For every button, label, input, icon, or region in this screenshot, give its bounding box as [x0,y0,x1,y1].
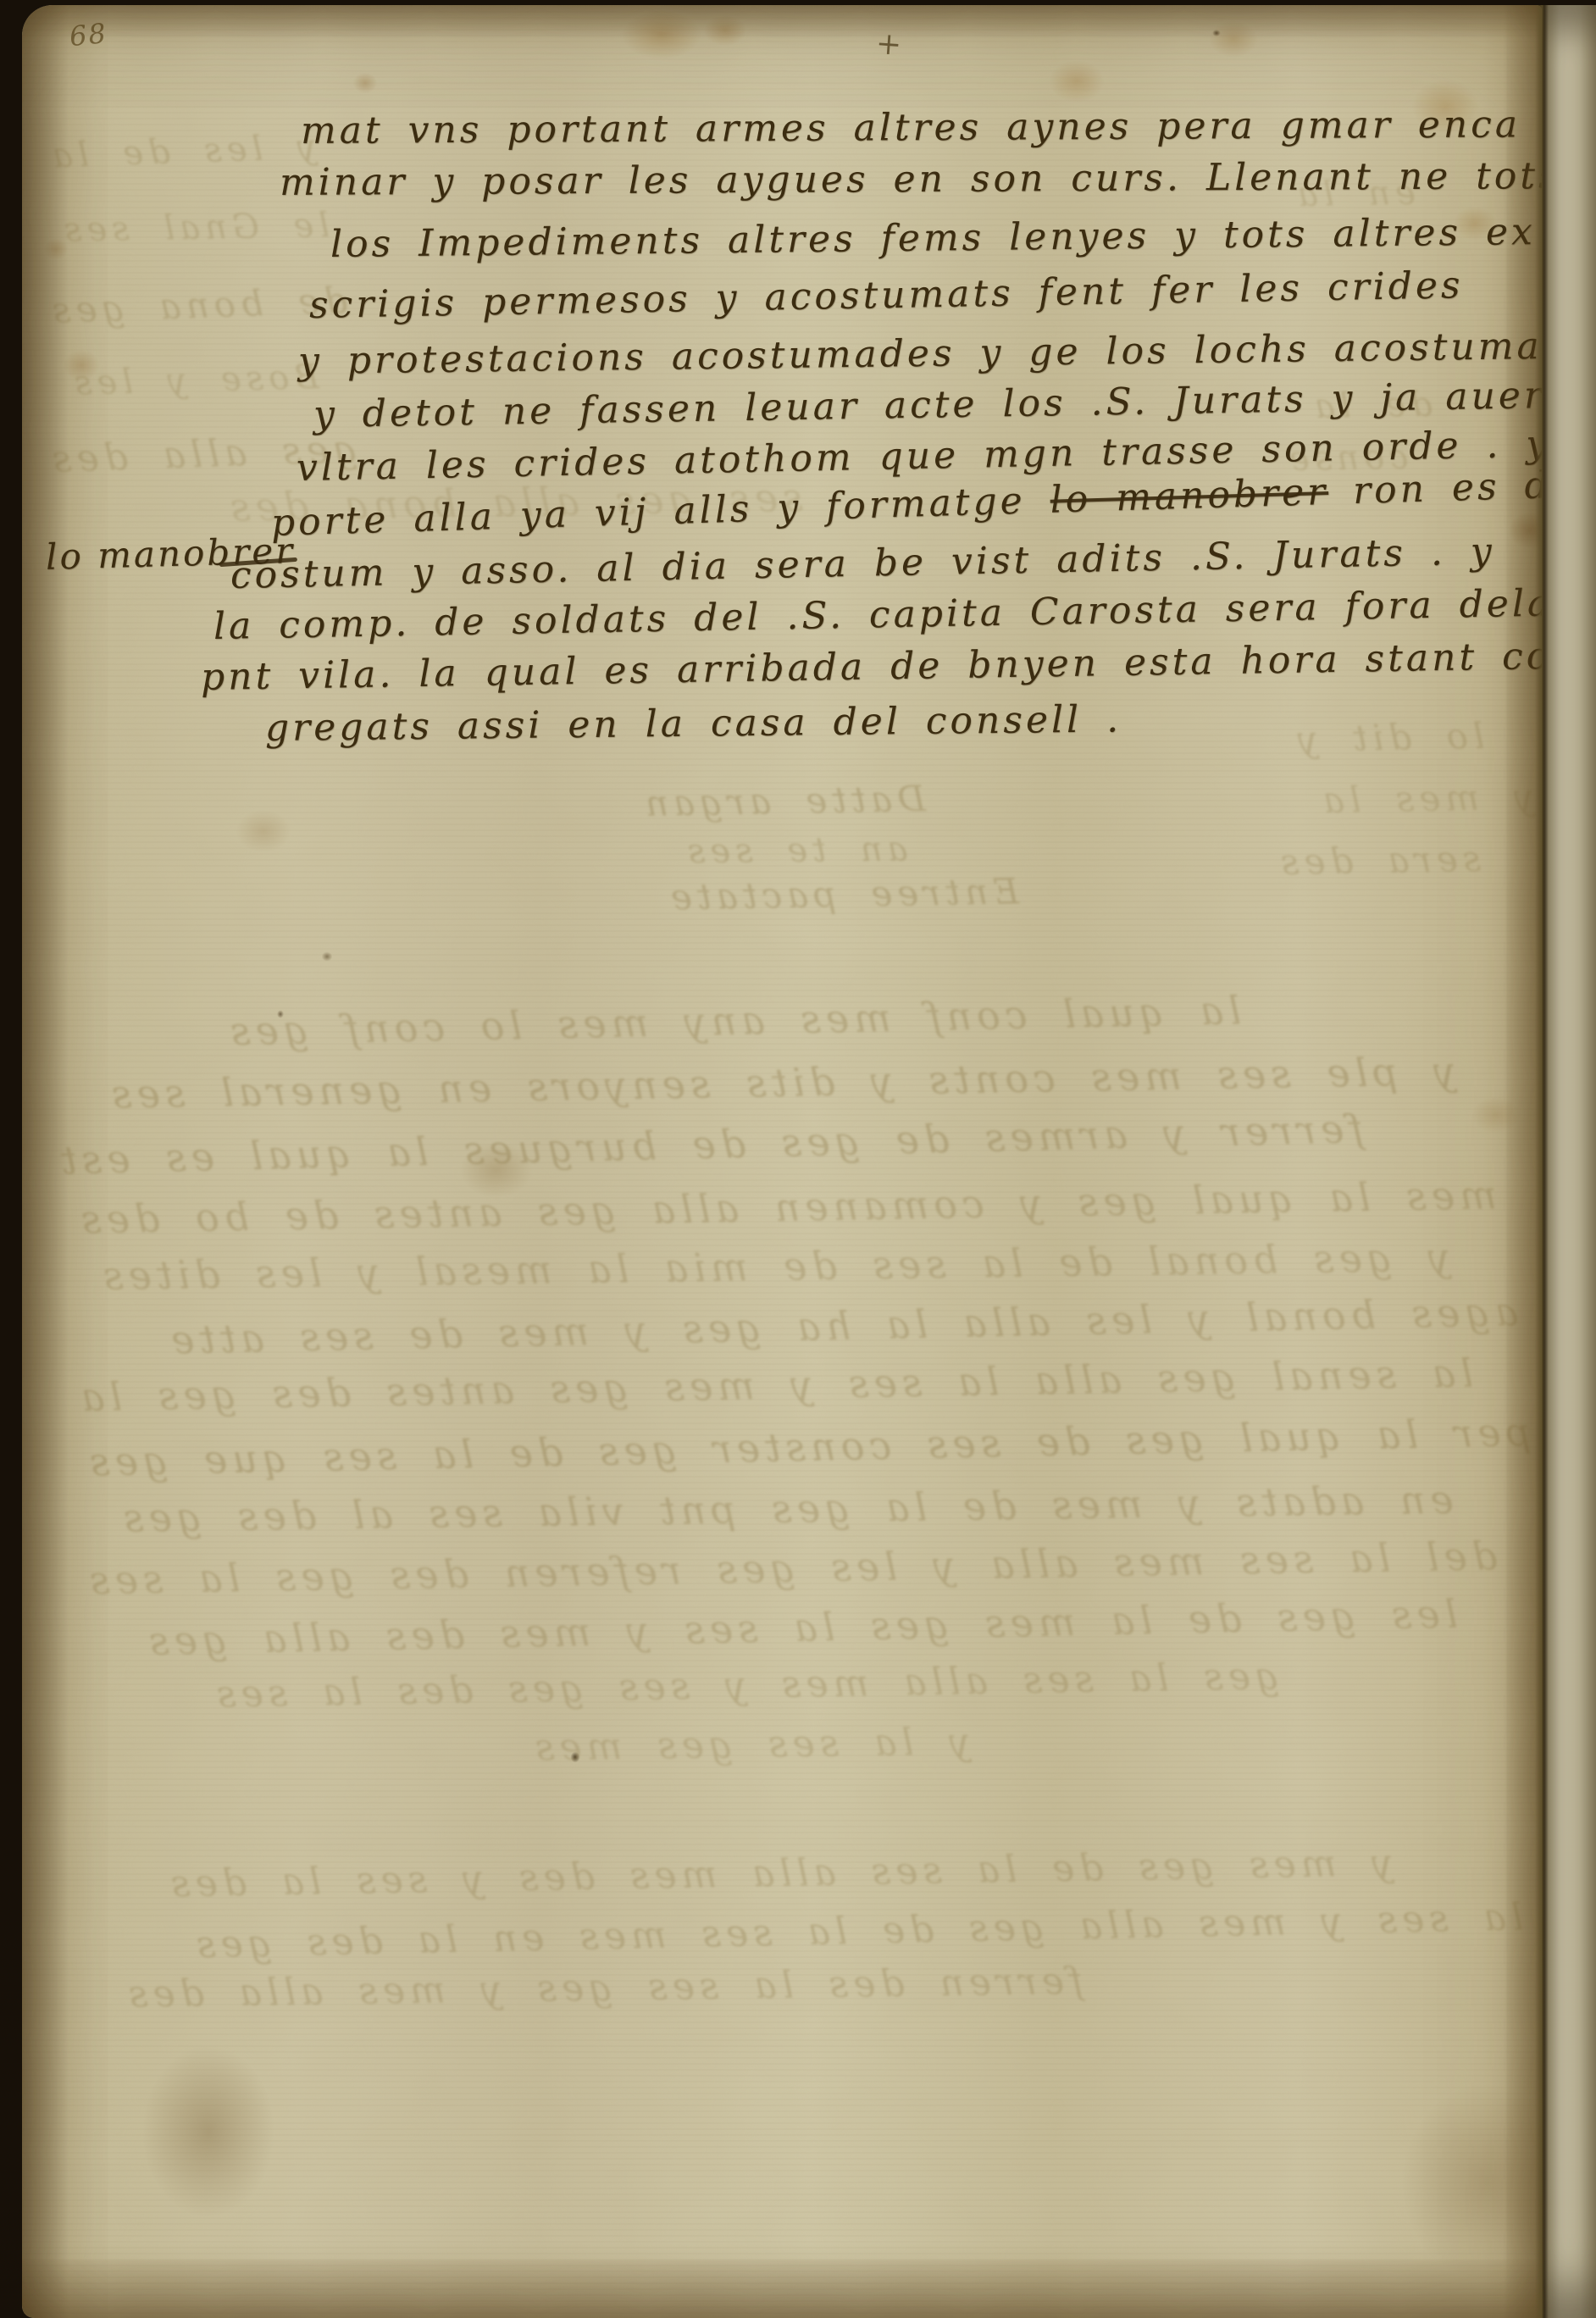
bleedthrough-text: y mes ges de la ses alla mes des y ses l… [166,1841,1394,1905]
bleedthrough-text: la ses y mes alla ges de la ses mes en l… [191,1896,1524,1967]
text-line: los Impediments altres fems lenyes y tot… [330,212,1536,265]
bleedthrough-text: sera des [1276,838,1482,883]
bleedthrough-text: Bose y les [69,358,319,403]
bleedthrough-text: del la ses mes alla y les ges referen de… [85,1533,1498,1603]
text-line: y protestacions acostumades y ge los loc… [298,325,1542,382]
bleedthrough-text: y mes la [1318,776,1535,821]
bleedthrough-text: ferrer y armes de ges de burgues la qual… [56,1106,1364,1184]
text-line: mat vns portant armes altres aynes pera … [301,104,1521,152]
bleedthrough-text: per la qual ges de ses conster ges de la… [85,1409,1532,1485]
bleedthrough-text: ferren des la ses ges y mes alla des [124,1960,1083,2016]
text-line: minar y posar les aygues en son curs. Ll… [280,156,1542,203]
bleedthrough-text: Entree pactate [666,870,1020,918]
bleedthrough-text: ages bonal y les alla la ha ges y mes de… [166,1289,1519,1362]
bleedthrough-text: y les de la [47,127,317,175]
bleedthrough-text: les ges de la mes ges la ses y mes des a… [144,1591,1458,1664]
folio-number: 68 [68,17,108,53]
bleedthrough-text: mes la qual ges y comanen alla ges antes… [76,1172,1498,1242]
bleedthrough-text: Datte argan [640,778,927,824]
bleedthrough-text: en adats y mes de la ges pnt vila ses al… [119,1477,1454,1541]
bleedthrough-text: lo dit y [1293,715,1485,760]
text-segment: ron es de [1327,463,1542,513]
bleedthrough-text: y ple ses mes conts y dits senyors en ge… [107,1048,1456,1117]
margin-note: lo manobrer [45,530,295,578]
bleedthrough-text: ges la ses alla mes y ses ges des la ses [212,1655,1280,1716]
struck-text: lo manobrer [1050,470,1329,522]
adjacent-page-edge [1543,5,1596,2318]
bleedthrough-text: y la ses ges mes [530,1720,971,1769]
bleedthrough-text: la qual conf mes any mes lo conf ges [225,987,1242,1054]
manuscript-page: y les de la le Gnal ses de bona ges Bose… [22,5,1542,2318]
bleedthrough-text: la senal ges alla la ses y mes ges antes… [76,1350,1474,1421]
bleedthrough-text: de bona ges [47,280,347,331]
bleedthrough-text: le Gnal ses [59,206,330,250]
text-line: pnt vila. la qual es arribada de bnyen e… [201,635,1542,698]
bleedthrough-text: y ges bonal de la ses de mia la mesal y … [98,1234,1451,1299]
bleedthrough-text: an te ses [683,830,908,872]
text-line: scrigis permesos y acostumats fent fer l… [309,265,1464,326]
manuscript-scan: y les de la le Gnal ses de bona ges Bose… [0,0,1596,2318]
page-edge-crease [1535,5,1549,2318]
text-line: gregats assi en la casa del consell . [265,699,1122,749]
gathering-mark-icon: + [875,26,903,63]
